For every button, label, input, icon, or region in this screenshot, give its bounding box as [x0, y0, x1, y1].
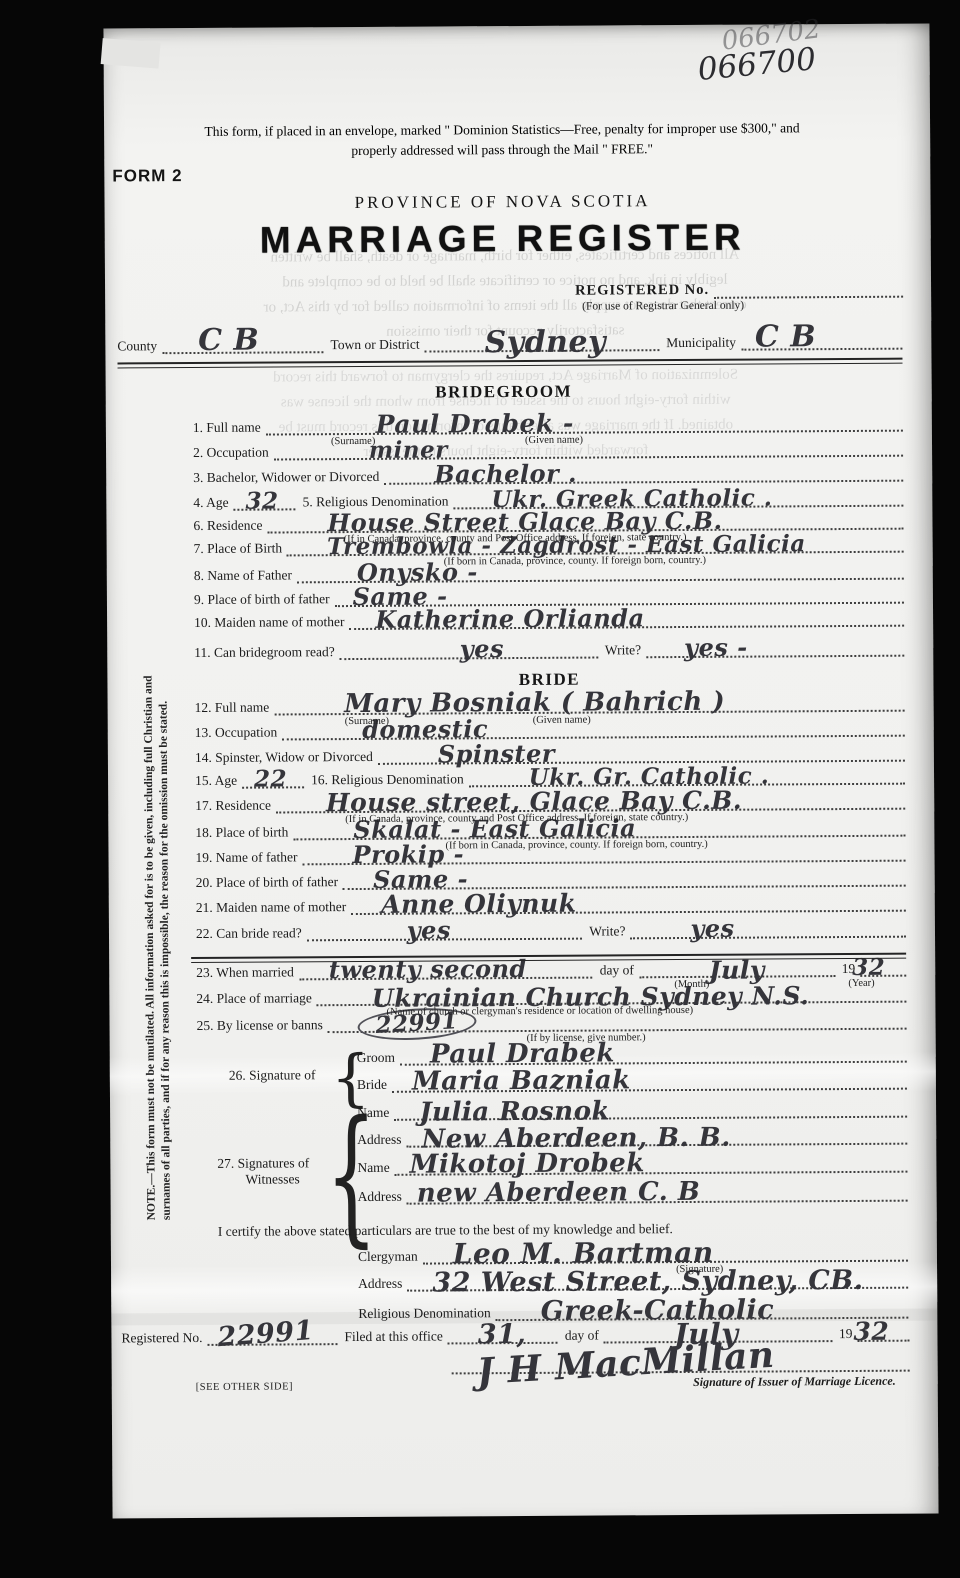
clergyman-religion-field: Religious Denomination Greek-Catholic [358, 1299, 908, 1322]
field-label: 19. Name of father [195, 850, 302, 866]
form-fields-area: 1. Full name Paul Drabek - (Surname) (Gi… [190, 24, 909, 1518]
handwritten-value: yes [690, 917, 734, 941]
issuer-signature-field: J H MacMillan [452, 1352, 910, 1375]
clergyman-address-field: Address 32 West Street, Sydney, CB. [358, 1269, 908, 1292]
dotted-line: twenty second [299, 977, 593, 981]
write-label: Write? [598, 643, 646, 659]
field-label: 6. Residence [193, 518, 267, 534]
field-label: 22. Can bride read? [196, 926, 307, 942]
surname-hint: (Surname) [345, 716, 389, 727]
address-label: Address [357, 1132, 406, 1148]
field-label: 9. Place of birth of father [194, 592, 335, 608]
handwritten-value: 32 [246, 489, 279, 512]
groom-status-field: 3. Bachelor, Widower or Divorced Bachelo… [193, 462, 903, 486]
paper-corner-sliver [101, 38, 161, 69]
field-label: 23. When married [196, 965, 299, 981]
field-label: 12. Full name [195, 700, 275, 716]
field-label: 2. Occupation [193, 445, 274, 461]
witnesses-label-line1: 27. Signatures of [217, 1155, 309, 1172]
place-hint: (Name of church or clergyman's residence… [386, 1005, 693, 1018]
dotted-line: domestic [282, 735, 905, 741]
handwritten-value: 32 West Street, Sydney, CB. [432, 1267, 863, 1297]
handwritten-value: yes [407, 918, 451, 942]
handwritten-value: Bachelor . [434, 462, 577, 487]
address-label: Address [358, 1276, 407, 1292]
bride-full-name-field: 12. Full name Mary Bosniak ( Bahrich ) [195, 692, 905, 716]
handwritten-value: new Aberdeen C. B [417, 1179, 701, 1207]
field-label: 15. Age [195, 773, 242, 789]
name-label: Name [357, 1105, 394, 1121]
handwritten-value: July [709, 958, 765, 983]
dotted-line: 32 [857, 1340, 909, 1342]
handwritten-value: 22991 [217, 1317, 315, 1351]
given-name-hint: (Given name) [525, 435, 583, 446]
bride-mother-field: 21. Maiden name of mother Anne Oliynuk [196, 892, 906, 916]
handwritten-value: 31, [478, 1321, 527, 1348]
field-label: 10. Maiden name of mother [194, 615, 349, 631]
groom-full-name-field: 1. Full name Paul Drabek - [193, 412, 903, 436]
field-label: 3. Bachelor, Widower or Divorced [193, 469, 384, 486]
handwritten-value: 32 [852, 956, 885, 979]
bride-status-field: 14. Spinster, Widow or Divorced Spinster [195, 742, 905, 766]
margin-note: NOTE.—This form must not be mutilated. A… [141, 562, 175, 1220]
field-label: 14. Spinster, Widow or Divorced [195, 749, 378, 766]
handwritten-signature: Maria Bazniak [412, 1067, 631, 1094]
day-of-label: day of [593, 963, 639, 979]
dotted-line: yes [307, 938, 583, 942]
dotted-line: Paul Drabek - [266, 430, 903, 436]
dotted-line: Paul Drabek [400, 1061, 907, 1066]
religion-label: Religious Denomination [358, 1306, 495, 1322]
filed-label: Filed at this office [337, 1329, 447, 1345]
birthplace-hint: (If born in Canada, province, county. If… [444, 555, 706, 568]
handwritten-value: Mary Bosniak ( Bahrich ) [344, 689, 725, 717]
license-hint: (If by license, give number.) [527, 1032, 646, 1044]
groom-signature-field: Groom Paul Drabek [357, 1043, 907, 1066]
residence-hint: (If in Canada, province, county and Post… [344, 532, 687, 545]
handwritten-value: Spinster [438, 742, 555, 767]
signature-hint: (Signature) [676, 1264, 723, 1275]
dotted-line: yes - [646, 655, 904, 659]
dotted-line: Maria Bazniak [392, 1088, 907, 1093]
dotted-line: Anne Oliynuk [351, 910, 906, 915]
registered-no-label: Registered No. [121, 1330, 207, 1346]
clergyman-field: Clergyman Leo M. Bartman [358, 1242, 908, 1265]
handwritten-signature: Mikotoj Drobek [410, 1150, 645, 1177]
clergyman-label: Clergyman [358, 1249, 423, 1265]
witness2-name-field: Name Mikotoj Drobek [357, 1153, 907, 1176]
handwritten-value: Paul Drabek - [376, 411, 574, 437]
surname-hint: (Surname) [331, 436, 375, 447]
field-label: 20. Place of birth of father [196, 875, 344, 891]
dotted-line: Julia Rosnok [394, 1116, 907, 1121]
dotted-line: 32 [234, 508, 296, 510]
scan-background: All notices and certificates, either for… [0, 0, 960, 1578]
signature-of-label: 26. Signature of [229, 1067, 316, 1084]
field-label: 16. Religious Denomination [304, 772, 469, 789]
bride-literacy-field: 22. Can bride read? yes Write? yes [196, 918, 906, 942]
field-label: 21. Maiden name of mother [196, 900, 351, 916]
field-label: 25. By license or banns [197, 1018, 328, 1034]
month-hint: (Month) [674, 979, 709, 990]
handwritten-value: Same - [373, 867, 468, 892]
handwritten-value: yes - [684, 636, 748, 660]
bride-residence-field: 17. Residence House street, Glace Bay C.… [195, 790, 905, 814]
handwritten-signature: Paul Drabek [430, 1040, 615, 1067]
groom-mother-field: 10. Maiden name of mother Katherine Orli… [194, 607, 904, 631]
field-label: 13. Occupation [195, 725, 283, 741]
field-label: 17. Residence [195, 798, 276, 814]
margin-note-line2: surnames of all parties, and if for any … [156, 562, 175, 1220]
dotted-line: new Aberdeen C. B [407, 1200, 908, 1205]
handwritten-value: Katherine Orlianda [375, 606, 644, 632]
witness2-address-field: Address new Aberdeen C. B [358, 1182, 908, 1205]
groom-label: Groom [357, 1050, 400, 1066]
handwritten-value: miner [369, 438, 448, 461]
address-label: Address [358, 1189, 407, 1205]
name-label: Name [357, 1160, 394, 1176]
dotted-line: Bachelor . [384, 480, 903, 485]
dotted-line: 22 [242, 786, 304, 788]
bride-father-birthplace-field: 20. Place of birth of father Same - [196, 867, 906, 891]
field-label: 4. Age [193, 495, 233, 511]
dotted-line: New Aberdeen, B. B. [407, 1143, 908, 1148]
dotted-line: yes [340, 657, 598, 661]
bride-age-religion-field: 15. Age 22 16. Religious Denomination Uk… [195, 765, 905, 789]
bride-signature-field: Bride Maria Bazniak [357, 1070, 907, 1093]
handwritten-signature: Julia Rosnok [419, 1098, 610, 1125]
form-paper: All notices and certificates, either for… [103, 23, 938, 1518]
dotted-line: yes [630, 936, 906, 940]
given-name-hint: (Given name) [533, 715, 591, 726]
handwritten-value: 22 [254, 767, 287, 790]
handwritten-value: 32 [853, 1319, 889, 1344]
groom-literacy-field: 11. Can bridegroom read? yes Write? yes … [194, 637, 904, 661]
place-of-marriage-field: 24. Place of marriage Ukrainian Church S… [196, 983, 906, 1007]
dotted-line: Mikotoj Drobek [395, 1171, 908, 1176]
see-other-side-label: [SEE OTHER SIDE] [196, 1381, 293, 1393]
dotted-line: Leo M. Bartman [423, 1260, 908, 1265]
field-label: 11. Can bridegroom read? [194, 645, 340, 661]
handwritten-value: Greek-Catholic [541, 1296, 775, 1324]
witness1-name-field: Name Julia Rosnok [357, 1098, 907, 1121]
dotted-line: Katherine Orlianda [349, 625, 904, 630]
birthplace-hint: (If born in Canada, province, county. If… [445, 839, 707, 852]
year-hint: (Year) [848, 978, 874, 989]
issuer-caption: Signature of Issuer of Marriage Licence. [693, 1374, 896, 1390]
field-label: 24. Place of marriage [196, 991, 317, 1007]
county-label: County [117, 339, 162, 355]
day-of-label: day of [558, 1328, 604, 1344]
handwritten-signature: Leo M. Bartman [453, 1239, 714, 1269]
dotted-line: 32 [860, 975, 906, 977]
residence-hint: (If in Canada, province, county and Post… [345, 812, 688, 825]
witnesses-label-line2: Witnesses [245, 1171, 299, 1188]
handwritten-value: yes [460, 637, 504, 661]
field-label: 1. Full name [193, 420, 266, 436]
field-label: 8. Name of Father [194, 568, 297, 584]
field-label: 18. Place of birth [195, 825, 293, 841]
dotted-line: miner [274, 455, 903, 461]
registered-no-hint: (For use of Registrar General only) [582, 300, 744, 313]
dotted-line: July [639, 975, 835, 978]
write-label: Write? [582, 924, 630, 940]
form-number-label: FORM 2 [112, 166, 182, 186]
witness1-address-field: Address New Aberdeen, B. B. [357, 1125, 907, 1148]
dotted-line: 32 West Street, Sydney, CB. [407, 1287, 908, 1292]
field-label: 7. Place of Birth [194, 541, 288, 557]
handwritten-value: Anne Oliynuk [381, 891, 576, 917]
